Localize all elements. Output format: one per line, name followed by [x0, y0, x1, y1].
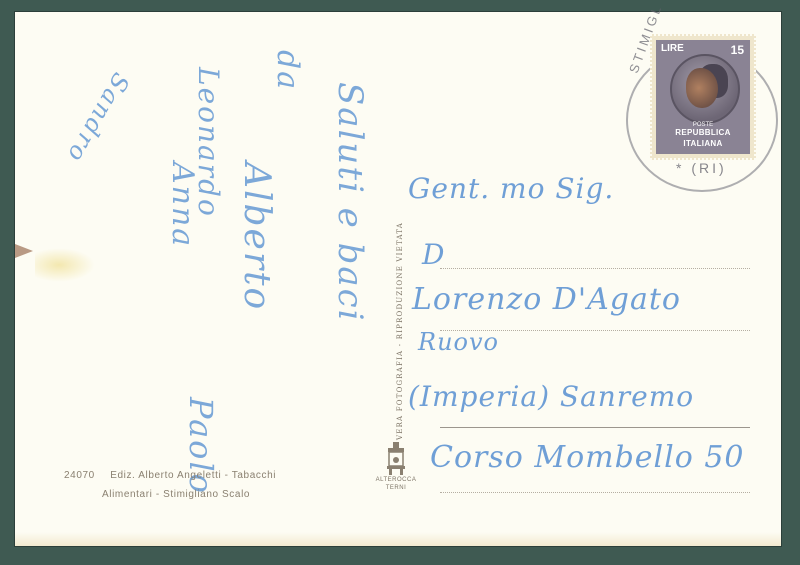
stain-mark — [35, 248, 95, 282]
address-salutation: Gent. mo Sig. — [408, 172, 614, 205]
message-line-sender-5: Sandro — [61, 68, 135, 168]
siracusana-portrait-icon — [670, 54, 740, 124]
address-recipient: Lorenzo D'Agato — [412, 282, 681, 317]
message-line-sender-1: Alberto — [236, 162, 277, 311]
message-line-sender-3: Anna — [165, 162, 200, 248]
logo-city: TERNI — [372, 484, 420, 492]
address-rule-3 — [440, 427, 750, 428]
logo-brand: ALTEROCCA — [372, 476, 420, 484]
message-line-from: da — [270, 50, 305, 91]
stamp-value: 15 — [731, 43, 744, 57]
portrait-face — [686, 68, 718, 108]
altrocca-building-icon — [384, 442, 408, 476]
publisher-line-1: Ediz. Alberto Angeletti - Tabacchi — [110, 470, 276, 481]
address-rule-4 — [440, 492, 750, 493]
address-line-locality: Ruovo — [418, 328, 499, 356]
address-initial: D — [422, 238, 445, 271]
message-line-greeting: Saluti e baci — [330, 82, 370, 323]
publisher-code: 24070 — [64, 470, 95, 481]
address-rule-1 — [440, 268, 750, 269]
postmark-province: * (RI) — [676, 160, 727, 176]
torn-edge — [15, 244, 33, 258]
publisher-imprint: 24070 Ediz. Alberto Angeletti - Tabacchi… — [64, 466, 276, 504]
printer-logo: ALTEROCCA TERNI — [372, 442, 420, 492]
postage-stamp: LIRE 15 POSTE REPUBBLICA ITALIANA — [650, 34, 756, 160]
publisher-line-2: Alimentari - Stimigliano Scalo — [64, 485, 276, 504]
reproduction-notice: VERA FOTOGRAFIA - RIPRODUZIONE VIETATA — [396, 222, 404, 440]
stamp-line-3: ITALIANA — [656, 139, 750, 148]
stamp-line-2: REPUBBLICA — [656, 128, 750, 137]
address-street: Corso Mombello 50 — [430, 440, 745, 475]
address-city: (Imperia) Sanremo — [408, 380, 694, 413]
stamp-currency: LIRE — [661, 43, 684, 54]
stamp-face: LIRE 15 POSTE REPUBBLICA ITALIANA — [656, 40, 750, 154]
